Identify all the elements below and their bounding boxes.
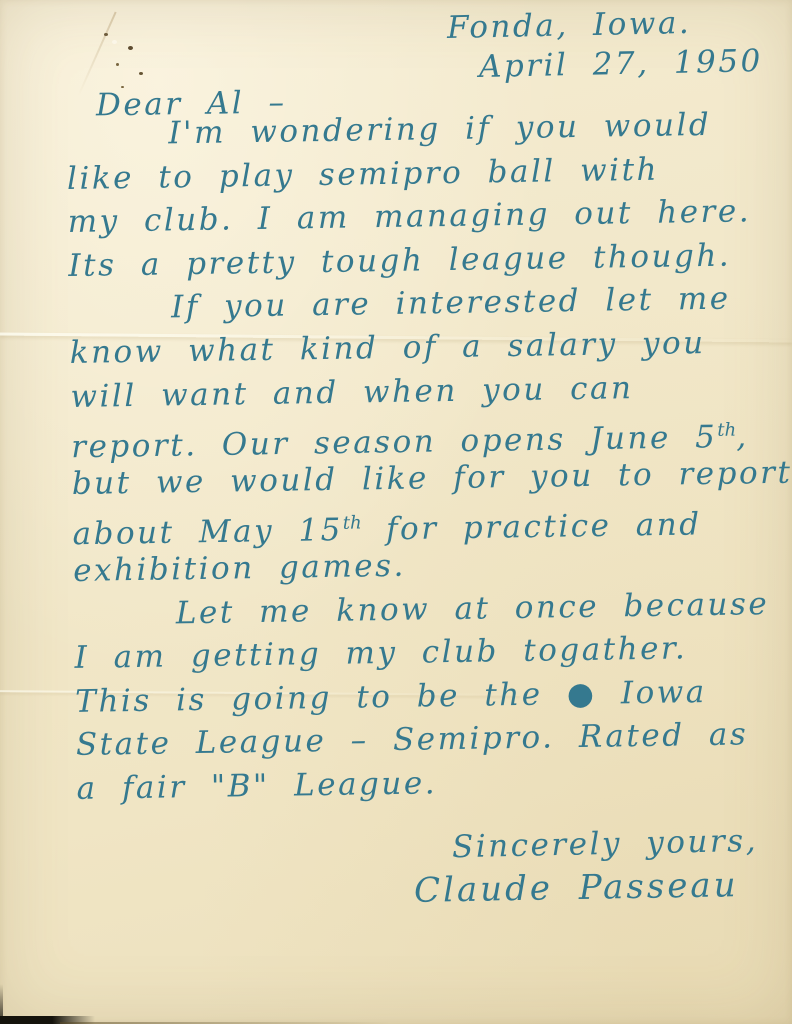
letter-date: April 27, 1950	[479, 43, 763, 85]
paper-speck	[116, 63, 119, 66]
paper-speck	[104, 33, 108, 36]
paper-speck	[139, 72, 143, 75]
paper-speck	[112, 40, 117, 44]
paper-speck	[128, 46, 133, 50]
letter-signature: Claude Passeau	[414, 865, 739, 911]
letter-closing: Sincerely yours,	[452, 823, 759, 865]
letter-sheet: Fonda, Iowa. April 27, 1950 Dear Al – I'…	[0, 0, 792, 1024]
paper-crease	[77, 12, 116, 97]
letter-body: I'm wondering if you wouldlike to play s…	[66, 103, 792, 812]
scan-edge-artifact	[0, 984, 3, 1024]
letter-place: Fonda, Iowa.	[447, 5, 692, 46]
